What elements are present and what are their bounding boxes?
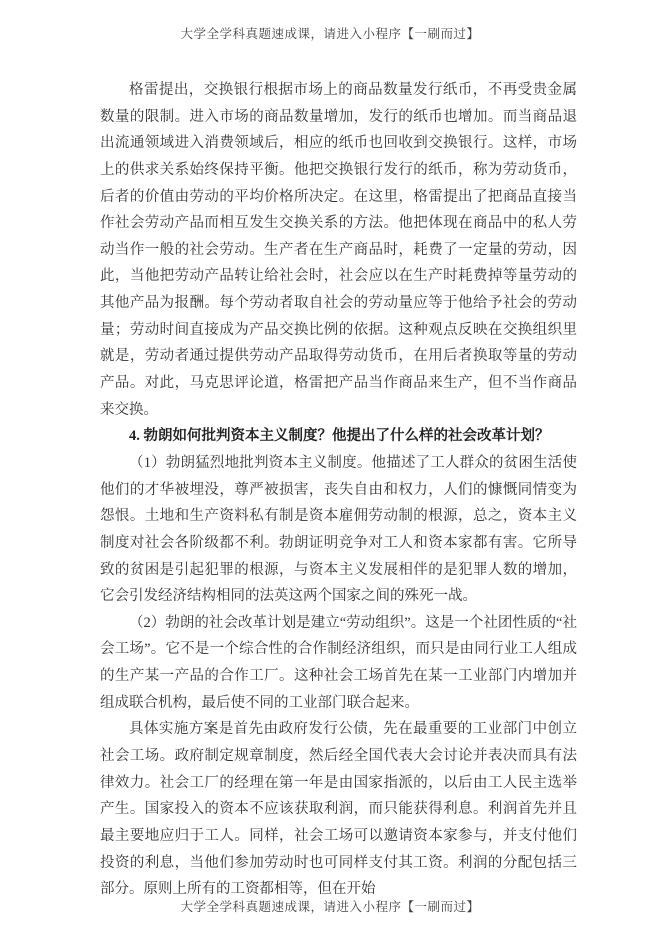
paragraph-gray-exchange-bank: 格雷提出，交换银行根据市场上的商品数量发行纸币，不再受贵金属数量的限制。进入市场…: [100, 77, 577, 423]
paragraph-implementation-plan: 具体实施方案是首先由政府发行公债，先在最重要的工业部门中创立社会工场。政府制定规…: [100, 716, 577, 902]
paragraph-blanc-reform-plan: （2）勃朗的社会改革计划是建立“劳动组织”。这是一个社团性质的“社会工场”。它不…: [100, 610, 577, 717]
footer-notice: 大学全学科真题速成课，请进入小程序【一刷而过】: [0, 897, 660, 915]
document-page: 大学全学科真题速成课，请进入小程序【一刷而过】 格雷提出，交换银行根据市场上的商…: [0, 0, 660, 934]
question-heading: 4. 勃朗如何批判资本主义制度？他提出了什么样的社会改革计划？: [100, 423, 577, 450]
document-body: 格雷提出，交换银行根据市场上的商品数量发行纸币，不再受贵金属数量的限制。进入市场…: [100, 77, 577, 903]
paragraph-blanc-critique: （1）勃朗猛烈地批判资本主义制度。他描述了工人群众的贫困生活使他们的才华被埋没，…: [100, 450, 577, 610]
header-notice: 大学全学科真题速成课，请进入小程序【一刷而过】: [0, 24, 660, 42]
